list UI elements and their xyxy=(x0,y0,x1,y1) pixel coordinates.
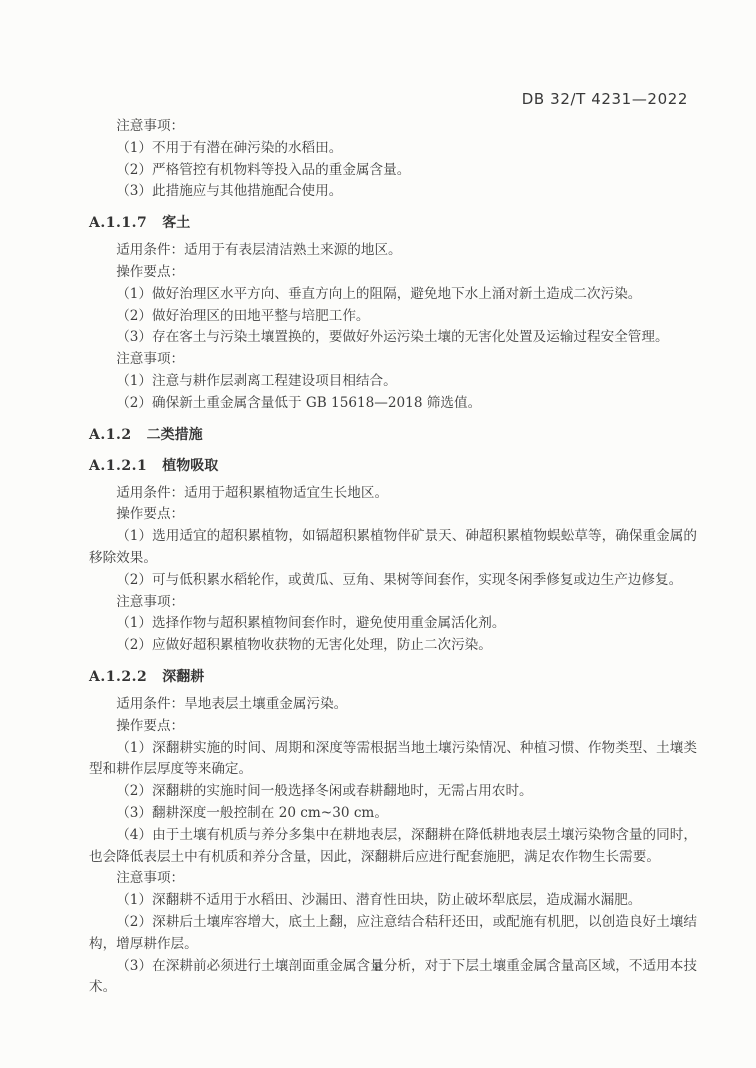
paragraph: （2）深翻耕的实施时间一般选择冬闲或春耕翻地时，无需占用农时。 xyxy=(89,781,697,803)
paragraph: （1）不用于有潜在砷污染的水稻田。 xyxy=(89,138,697,160)
paragraph: （4）由于土壤有机质与养分多集中在耕地表层，深翻耕在降低耕地表层土壤污染物含量的… xyxy=(89,825,697,869)
standard-code-header: DB 32/T 4231—2022 xyxy=(522,90,688,108)
paragraph: （3）存在客土与污染土壤置换的，要做好外运污染土壤的无害化处置及运输过程安全管理… xyxy=(89,327,697,349)
paragraph: 操作要点： xyxy=(89,716,697,738)
section-heading: A.1.2.2深翻耕 xyxy=(89,667,697,688)
section-title: 二类措施 xyxy=(147,427,203,443)
section-title: 植物吸取 xyxy=(162,458,218,474)
paragraph: 适用条件：旱地表层土壤重金属污染。 xyxy=(89,694,697,716)
section-heading: A.1.2.1植物吸取 xyxy=(89,456,697,477)
paragraph: （1）选择作物与超积累植物间套作时，避免使用重金属活化剂。 xyxy=(89,613,697,635)
paragraph: （1）深翻耕不适用于水稻田、沙漏田、潜育性田块，防止破坏犁底层，造成漏水漏肥。 xyxy=(89,890,697,912)
page-number: 8 xyxy=(0,959,756,974)
section-number: A.1.1.7 xyxy=(89,215,147,231)
paragraph: 操作要点： xyxy=(89,262,697,284)
paragraph: 注意事项： xyxy=(89,868,697,890)
paragraph: （3）翻耕深度一般控制在 20 cm~30 cm。 xyxy=(89,803,697,825)
paragraph: （2）深耕后土壤库容增大，底土上翻，应注意结合秸秆还田，或配施有机肥，以创造良好… xyxy=(89,912,697,956)
paragraph: 适用条件：适用于有表层清洁熟土来源的地区。 xyxy=(89,240,697,262)
paragraph: （1）深翻耕实施的时间、周期和深度等需根据当地土壤污染情况、种植习惯、作物类型、… xyxy=(89,738,697,782)
paragraph: （1）选用适宜的超积累植物，如镉超积累植物伴矿景天、砷超积累植物蜈蚣草等，确保重… xyxy=(89,526,697,570)
paragraph: （1）做好治理区水平方向、垂直方向上的阻隔，避免地下水上涌对新土造成二次污染。 xyxy=(89,284,697,306)
paragraph: （2）可与低积累水稻轮作，或黄瓜、豆角、果树等间套作，实现冬闲季修复或边生产边修… xyxy=(89,570,697,592)
section-heading: A.1.1.7客土 xyxy=(89,213,697,234)
paragraph: （2）确保新土重金属含量低于 GB 15618—2018 筛选值。 xyxy=(89,393,697,415)
section-number: A.1.2 xyxy=(89,427,132,443)
section-number: A.1.2.1 xyxy=(89,458,147,474)
paragraph: （2）做好治理区的田地平整与培肥工作。 xyxy=(89,306,697,328)
paragraph: 注意事项： xyxy=(89,349,697,371)
section-title: 客土 xyxy=(162,215,190,231)
section-heading: A.1.2二类措施 xyxy=(89,425,697,446)
paragraph: 适用条件：适用于超积累植物适宜生长地区。 xyxy=(89,483,697,505)
paragraph: 注意事项： xyxy=(89,592,697,614)
paragraph: （2）严格管控有机物料等投入品的重金属含量。 xyxy=(89,160,697,182)
document-body: 注意事项：（1）不用于有潜在砷污染的水稻田。（2）严格管控有机物料等投入品的重金… xyxy=(89,116,697,999)
paragraph: （1）注意与耕作层剥离工程建设项目相结合。 xyxy=(89,371,697,393)
paragraph: （3）此措施应与其他措施配合使用。 xyxy=(89,181,697,203)
document-page: DB 32/T 4231—2022 注意事项：（1）不用于有潜在砷污染的水稻田。… xyxy=(0,0,756,1068)
paragraph: 操作要点： xyxy=(89,504,697,526)
section-number: A.1.2.2 xyxy=(89,669,147,685)
section-title: 深翻耕 xyxy=(162,669,204,685)
paragraph: （2）应做好超积累植物收获物的无害化处理，防止二次污染。 xyxy=(89,635,697,657)
paragraph: 注意事项： xyxy=(89,116,697,138)
